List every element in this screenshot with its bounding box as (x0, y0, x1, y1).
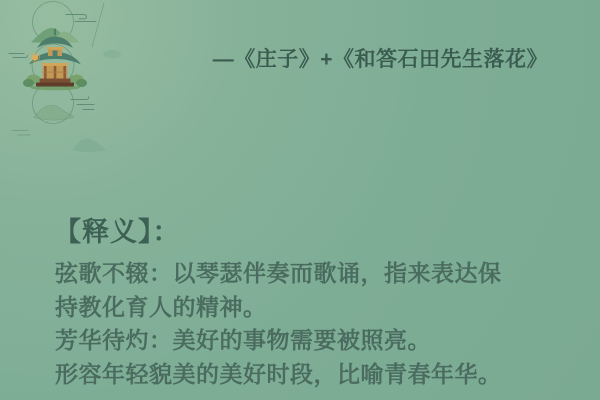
page-background: —《庄子》+《和答石田先生落花》 【释义】： 弦歌不辍：以琴瑟伴奏而歌诵，指来表… (0, 0, 600, 400)
faint-mountain-icon (34, 105, 74, 120)
definition-line-3: 芳华待灼：美好的事物需要被照亮。 (55, 324, 555, 358)
definition-line-2: 持教化育人的精神。 (55, 291, 555, 325)
definition-body: 弦歌不辍：以琴瑟伴奏而歌诵，指来表达保 持教化育人的精神。 芳华待灼：美好的事物… (55, 257, 555, 391)
source-attribution: —《庄子》+《和答石田先生落花》 (213, 43, 548, 73)
definition-line-1: 弦歌不辍：以琴瑟伴奏而歌诵，指来表达保 (55, 257, 555, 291)
definition-line-4: 形容年轻貌美的美好时段，比喻青春年华。 (55, 358, 555, 392)
faint-cloud-icon (12, 131, 30, 136)
pavilion-landscape-illustration (0, 0, 150, 175)
definition-heading: 【释义】： (54, 210, 181, 249)
